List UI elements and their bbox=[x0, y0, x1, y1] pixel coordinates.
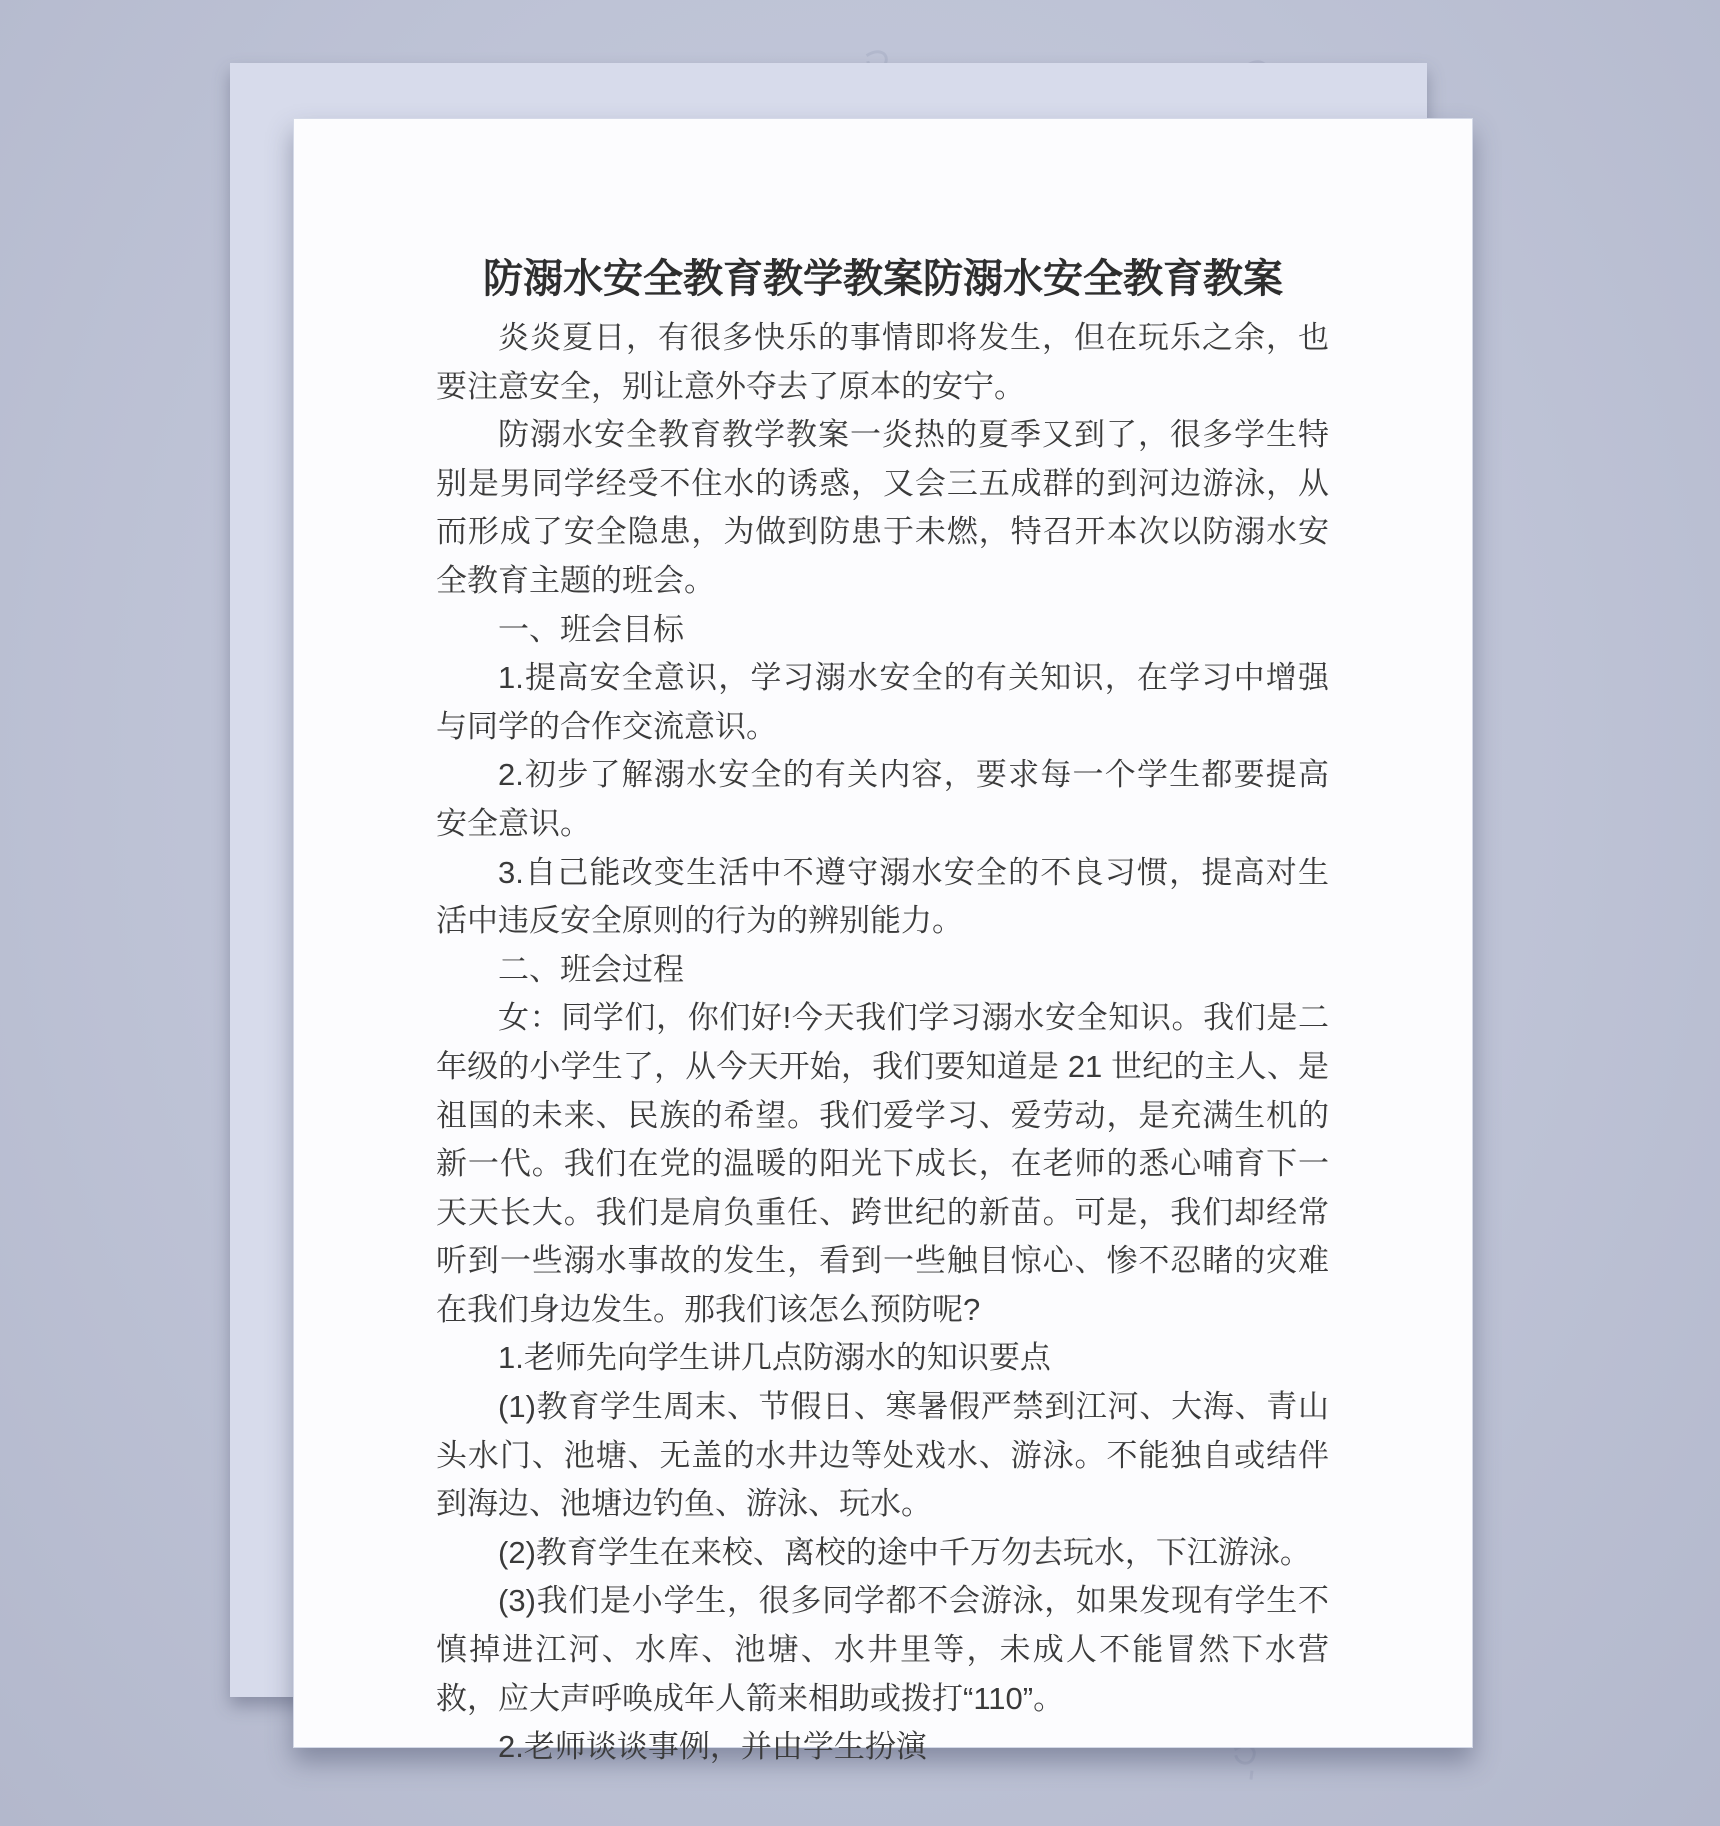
document-paragraph: 炎炎夏日，有很多快乐的事情即将发生，但在玩乐之余，也要注意安全，别让意外夺去了原… bbox=[436, 314, 1329, 411]
document-paragraph: (3)我们是小学生，很多同学都不会游泳，如果发现有学生不慎掉进江河、水库、池塘、… bbox=[436, 1577, 1329, 1723]
document-page: 防溺水安全教育教学教案防溺水安全教育教案 炎炎夏日，有很多快乐的事情即将发生，但… bbox=[293, 118, 1473, 1748]
document-paragraph: 2.初步了解溺水安全的有关内容，要求每一个学生都要提高安全意识。 bbox=[436, 751, 1329, 848]
document-paragraph: 1.提高安全意识，学习溺水安全的有关知识，在学习中增强与同学的合作交流意识。 bbox=[436, 654, 1329, 751]
document-paragraph: 二、班会过程 bbox=[436, 946, 1329, 995]
document-paragraph: 女：同学们，你们好!今天我们学习溺水安全知识。我们是二年级的小学生了，从今天开始… bbox=[436, 994, 1329, 1334]
document-title: 防溺水安全教育教学教案防溺水安全教育教案 bbox=[294, 257, 1472, 301]
document-preview-canvas: 防溺水安全教育教学教案防溺水安全教育教案 炎炎夏日，有很多快乐的事情即将发生，但… bbox=[0, 0, 1720, 1826]
document-paragraph: 1.老师先向学生讲几点防溺水的知识要点 bbox=[436, 1334, 1329, 1383]
document-paragraph: 2.老师谈谈事例，并由学生扮演 bbox=[436, 1723, 1329, 1772]
document-body: 炎炎夏日，有很多快乐的事情即将发生，但在玩乐之余，也要注意安全，别让意外夺去了原… bbox=[436, 314, 1329, 1772]
document-paragraph: (2)教育学生在来校、离校的途中千万勿去玩水，下江游泳。 bbox=[436, 1529, 1329, 1578]
document-paragraph: 3.自己能改变生活中不遵守溺水安全的不良习惯，提高对生活中违反安全原则的行为的辨… bbox=[436, 849, 1329, 946]
document-paragraph: (1)教育学生周末、节假日、寒暑假严禁到江河、大海、青山头水门、池塘、无盖的水井… bbox=[436, 1383, 1329, 1529]
document-paragraph: 一、班会目标 bbox=[436, 606, 1329, 655]
document-paragraph: 防溺水安全教育教学教案一炎热的夏季又到了，很多学生特别是男同学经受不住水的诱惑，… bbox=[436, 411, 1329, 605]
